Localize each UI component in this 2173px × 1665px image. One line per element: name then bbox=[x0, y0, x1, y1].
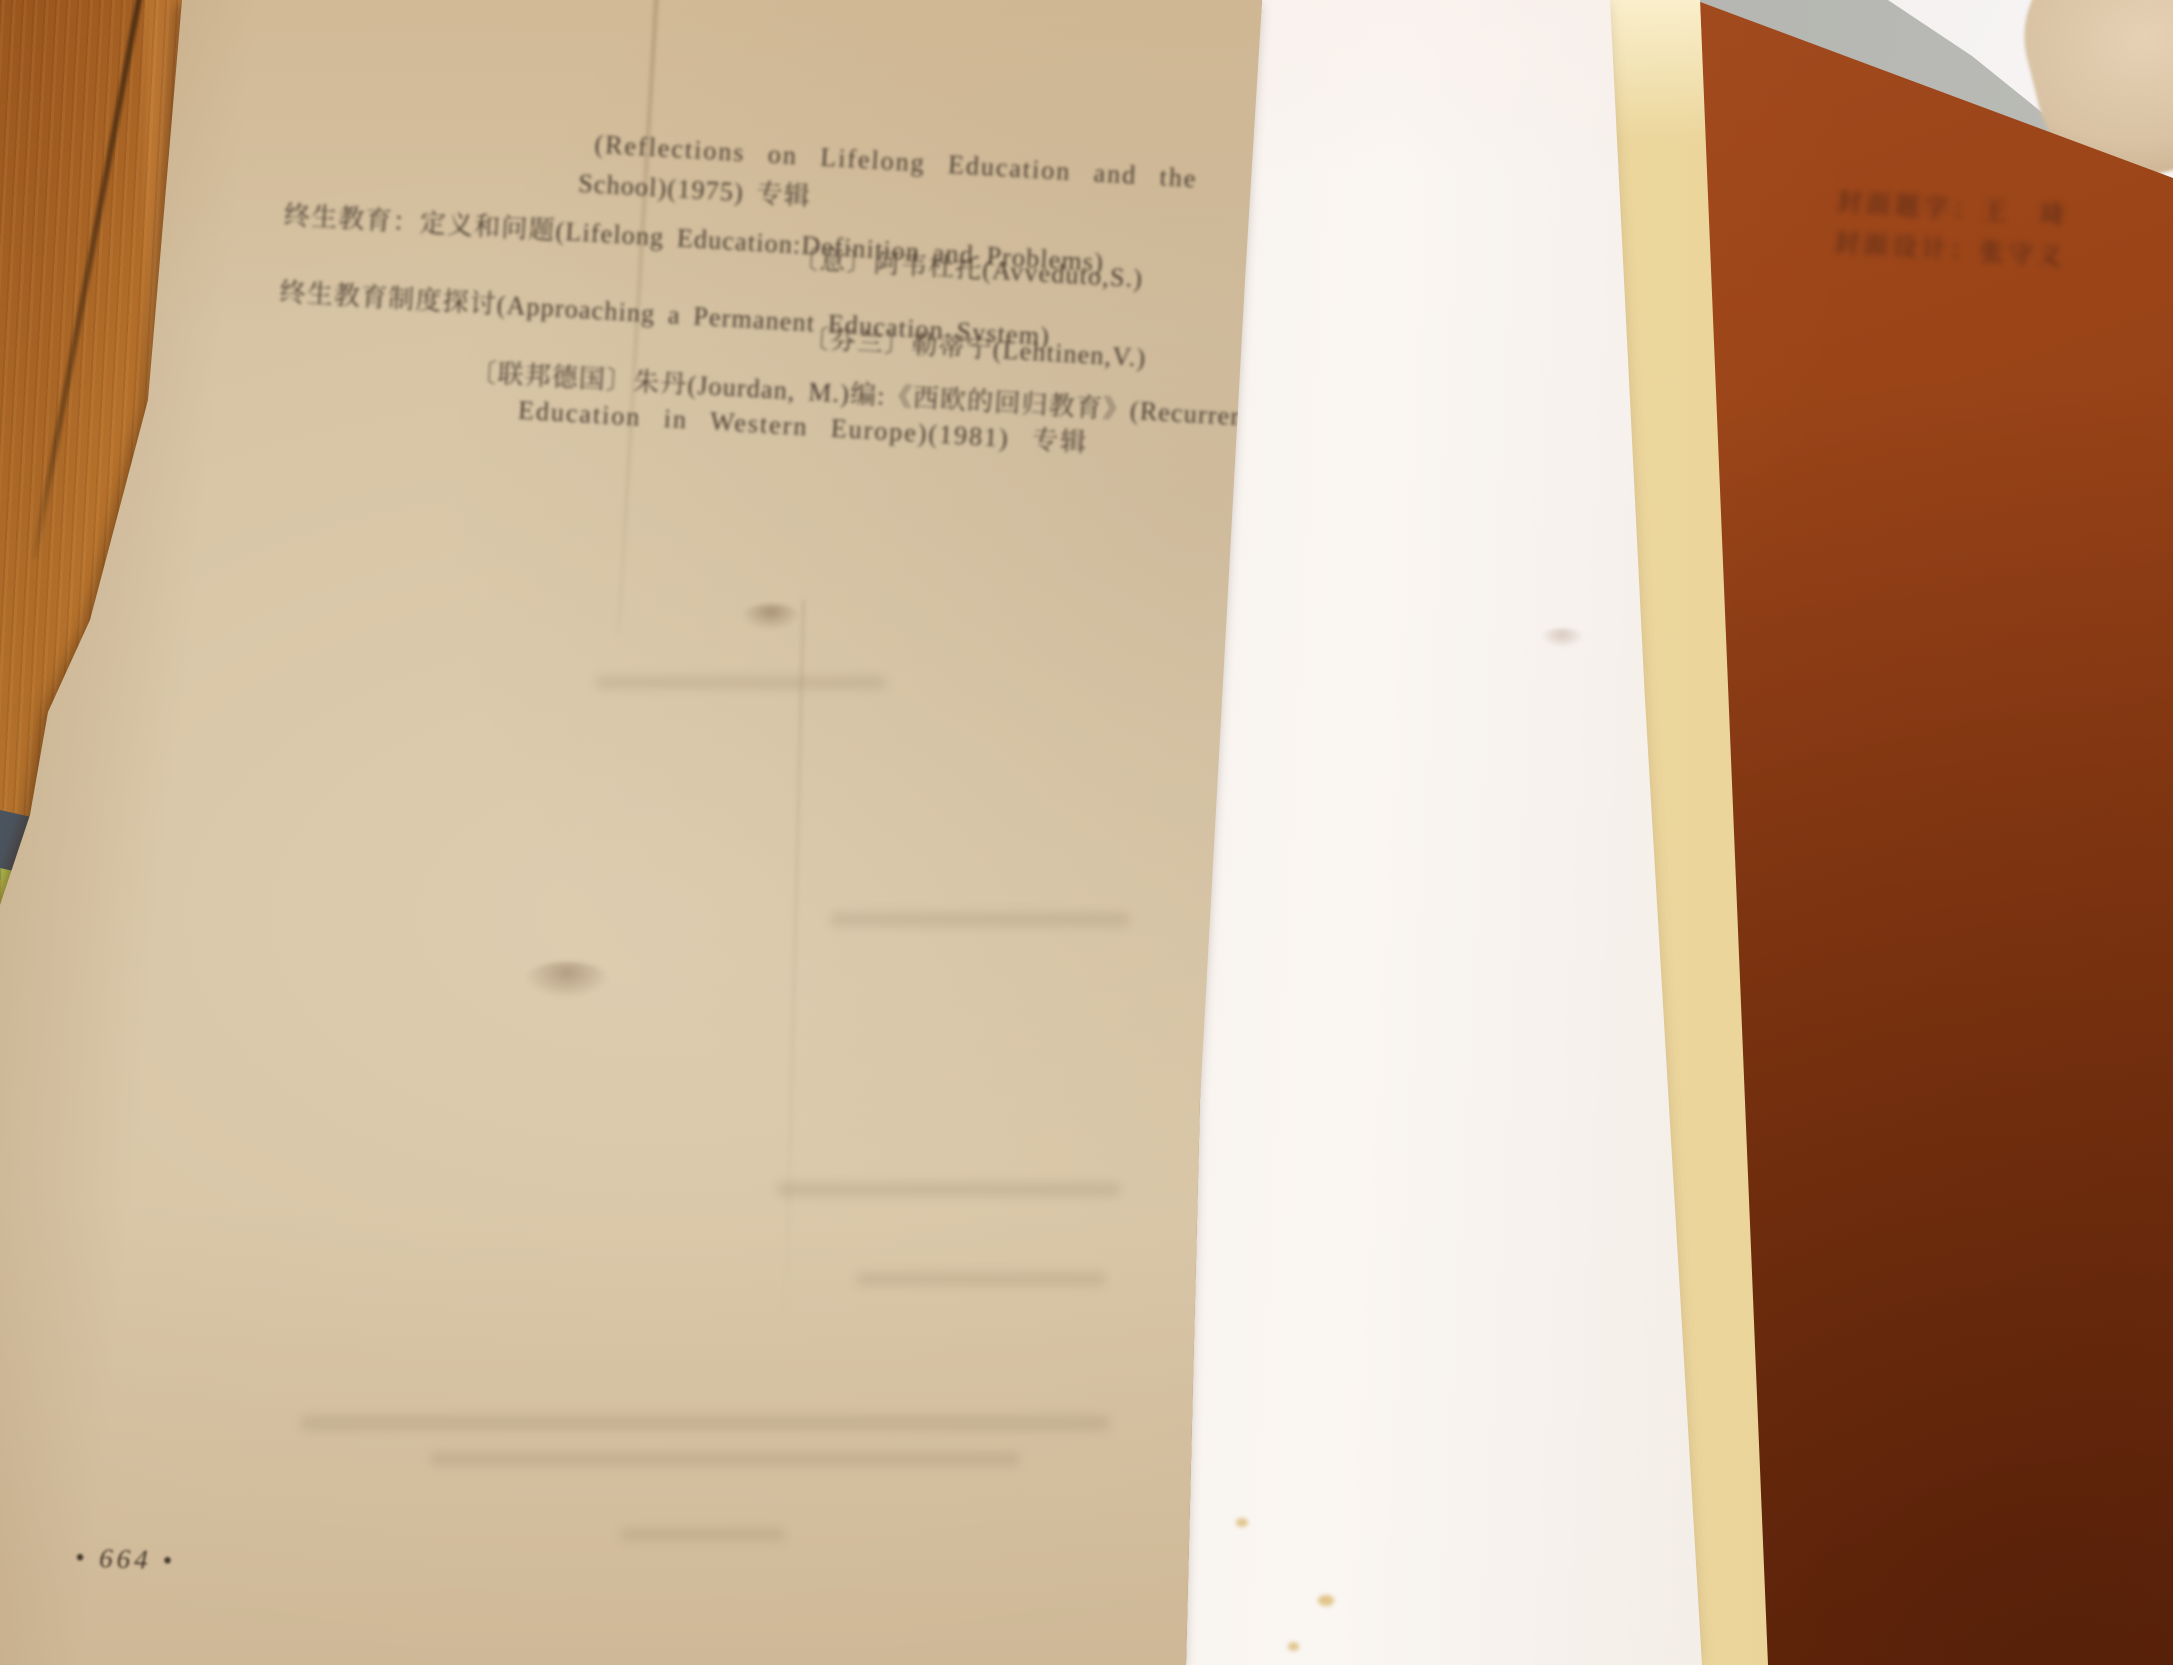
showthrough-smudge bbox=[856, 1272, 1106, 1286]
book-page: (Reflections on Lifelong Education and t… bbox=[0, 0, 2173, 1665]
showthrough-smudge bbox=[430, 1452, 1020, 1466]
bibliography-line: School)(1975) 专辑 bbox=[577, 163, 812, 213]
showthrough-smudge bbox=[300, 1415, 1110, 1431]
showthrough-smudge bbox=[596, 676, 886, 689]
showthrough-smudge bbox=[830, 912, 1130, 927]
paper-dimple bbox=[525, 962, 609, 998]
photo-open-book: 封面题字：王 琦 封面设计：张守义 (Reflections on bbox=[0, 0, 2173, 1665]
showthrough-smudge bbox=[620, 1528, 785, 1541]
paper-dimple bbox=[742, 604, 800, 630]
bibliography-text-block: (Reflections on Lifelong Education and t… bbox=[269, 112, 1328, 531]
showthrough-smudge bbox=[776, 1182, 1121, 1197]
page-number: • 664 • bbox=[74, 1542, 176, 1577]
book-page-wrap: (Reflections on Lifelong Education and t… bbox=[0, 0, 2173, 1665]
paper-crease bbox=[784, 600, 805, 1320]
